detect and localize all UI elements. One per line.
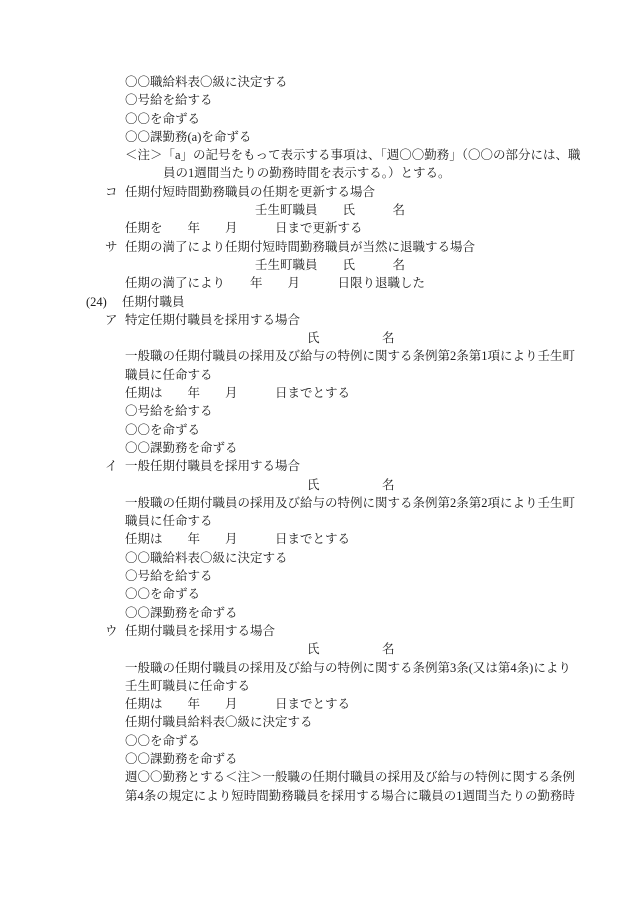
list-marker: イ	[105, 457, 125, 475]
document-line: 一般職の任期付職員の採用及び給与の特例に関する条例第2条第1項により壬生町	[0, 347, 630, 365]
document-line: 〇号給を給する	[0, 567, 630, 585]
line-text: 任期付職員給料表〇級に決定する	[125, 715, 313, 729]
line-text: 任期付職員を採用する場合	[125, 624, 275, 638]
document-line: 第4条の規定により短時間勤務職員を採用する場合に職員の1週間当たりの勤務時	[0, 787, 630, 805]
document-line: 〇号給を給する	[0, 91, 630, 109]
document-line: 週〇〇勤務とする＜注＞一般職の任期付職員の採用及び給与の特例に関する条例	[0, 768, 630, 786]
document-line: 〇〇職給料表〇級に決定する	[0, 549, 630, 567]
line-text: 氏 名	[307, 478, 395, 492]
document-line: 〇〇課勤務を命ずる	[0, 604, 630, 622]
document-line: 〇〇を命ずる	[0, 110, 630, 128]
line-text: 〇〇を命ずる	[125, 112, 200, 126]
line-text: 職員に任命する	[125, 514, 213, 528]
document-line: 一般職の任期付職員の採用及び給与の特例に関する条例第2条第2項により壬生町	[0, 494, 630, 512]
document-line: 任期付職員給料表〇級に決定する	[0, 713, 630, 731]
document-line: 氏 名	[0, 476, 630, 494]
document-line: 員の1週間当たりの勤務時間を表示する。）とする。	[0, 164, 630, 182]
document-line: 〇〇課勤務を命ずる	[0, 439, 630, 457]
line-text: 〇〇を命ずる	[125, 587, 200, 601]
document-line: 氏 名	[0, 640, 630, 658]
document-line: 〇〇を命ずる	[0, 732, 630, 750]
list-marker: サ	[105, 238, 125, 256]
document-line: 一般職の任期付職員の採用及び給与の特例に関する条例第3条(又は第4条)により	[0, 659, 630, 677]
list-marker: コ	[105, 183, 125, 201]
document-line: 氏 名	[0, 329, 630, 347]
document-line: 任期は 年 月 日までとする	[0, 695, 630, 713]
document-body: 〇〇職給料表〇級に決定する〇号給を給する〇〇を命ずる〇〇課勤務(a)を命ずる＜注…	[0, 73, 630, 805]
line-text: 〇〇職給料表〇級に決定する	[125, 75, 288, 89]
line-text: 任期付職員	[122, 295, 185, 309]
line-text: 〇〇を命ずる	[125, 734, 200, 748]
document-line: 職員に任命する	[0, 366, 630, 384]
line-text: 特定任期付職員を採用する場合	[125, 313, 300, 327]
line-text: 任期は 年 月 日までとする	[125, 386, 350, 400]
line-text: 〇〇課勤務を命ずる	[125, 752, 238, 766]
document-line: 〇号給を給する	[0, 402, 630, 420]
line-text: 一般職の任期付職員の採用及び給与の特例に関する条例第2条第2項により壬生町	[125, 496, 575, 510]
line-text: 任期は 年 月 日までとする	[125, 697, 350, 711]
document-line: コ任期付短時間勤務職員の任期を更新する場合	[0, 183, 630, 201]
document-line: 〇〇課勤務を命ずる	[0, 750, 630, 768]
line-text: 〇号給を給する	[125, 569, 213, 583]
document-line: 〇〇を命ずる	[0, 585, 630, 603]
line-text: 任期は 年 月 日までとする	[125, 532, 350, 546]
document-line: 任期を 年 月 日まで更新する	[0, 219, 630, 237]
line-text: 壬生町職員に任命する	[125, 679, 250, 693]
document-line: 〇〇課勤務(a)を命ずる	[0, 128, 630, 146]
line-text: 〇号給を給する	[125, 404, 213, 418]
line-text: 壬生町職員 氏 名	[255, 258, 405, 272]
document-line: 〇〇職給料表〇級に決定する	[0, 73, 630, 91]
document-line: 任期の満了により 年 月 日限り退職した	[0, 274, 630, 292]
line-text: 〇〇を命ずる	[125, 423, 200, 437]
document-line: 〇〇を命ずる	[0, 421, 630, 439]
list-marker: (24)	[86, 293, 122, 311]
document-line: 壬生町職員 氏 名	[0, 256, 630, 274]
document-line: ウ任期付職員を採用する場合	[0, 622, 630, 640]
line-text: 氏 名	[307, 642, 395, 656]
document-page: 〇〇職給料表〇級に決定する〇号給を給する〇〇を命ずる〇〇課勤務(a)を命ずる＜注…	[0, 0, 630, 903]
line-text: 一般職の任期付職員の採用及び給与の特例に関する条例第2条第1項により壬生町	[125, 349, 575, 363]
line-text: 氏 名	[307, 331, 395, 345]
document-line: サ任期の満了により任期付短時間勤務職員が当然に退職する場合	[0, 238, 630, 256]
document-line: ア特定任期付職員を採用する場合	[0, 311, 630, 329]
line-text: 任期の満了により任期付短時間勤務職員が当然に退職する場合	[125, 240, 475, 254]
line-text: 任期を 年 月 日まで更新する	[125, 221, 363, 235]
line-text: 〇〇職給料表〇級に決定する	[125, 551, 288, 565]
list-marker: ウ	[105, 622, 125, 640]
line-text: 一般職の任期付職員の採用及び給与の特例に関する条例第3条(又は第4条)により	[125, 661, 571, 675]
line-text: 第4条の規定により短時間勤務職員を採用する場合に職員の1週間当たりの勤務時	[125, 789, 575, 803]
line-text: 〇号給を給する	[125, 93, 213, 107]
line-text: 週〇〇勤務とする＜注＞一般職の任期付職員の採用及び給与の特例に関する条例	[125, 770, 575, 784]
document-line: 任期は 年 月 日までとする	[0, 384, 630, 402]
line-text: 〇〇課勤務を命ずる	[125, 441, 238, 455]
document-line: イ一般任期付職員を採用する場合	[0, 457, 630, 475]
document-line: (24)任期付職員	[0, 293, 630, 311]
line-text: 任期付短時間勤務職員の任期を更新する場合	[125, 185, 375, 199]
line-text: 〇〇課勤務を命ずる	[125, 606, 238, 620]
list-marker: ア	[105, 311, 125, 329]
line-text: 一般任期付職員を採用する場合	[125, 459, 300, 473]
line-text: 任期の満了により 年 月 日限り退職した	[125, 276, 425, 290]
document-line: 壬生町職員 氏 名	[0, 201, 630, 219]
line-text: 員の1週間当たりの勤務時間を表示する。）とする。	[163, 166, 451, 180]
line-text: 〇〇課勤務(a)を命ずる	[125, 130, 251, 144]
line-text: 壬生町職員 氏 名	[255, 203, 405, 217]
document-line: 壬生町職員に任命する	[0, 677, 630, 695]
line-text: ＜注＞「a」の記号をもって表示する事項は、「週〇〇勤務」（〇〇の部分には、職	[125, 148, 581, 162]
document-line: ＜注＞「a」の記号をもって表示する事項は、「週〇〇勤務」（〇〇の部分には、職	[0, 146, 630, 164]
document-line: 任期は 年 月 日までとする	[0, 530, 630, 548]
document-line: 職員に任命する	[0, 512, 630, 530]
line-text: 職員に任命する	[125, 368, 213, 382]
